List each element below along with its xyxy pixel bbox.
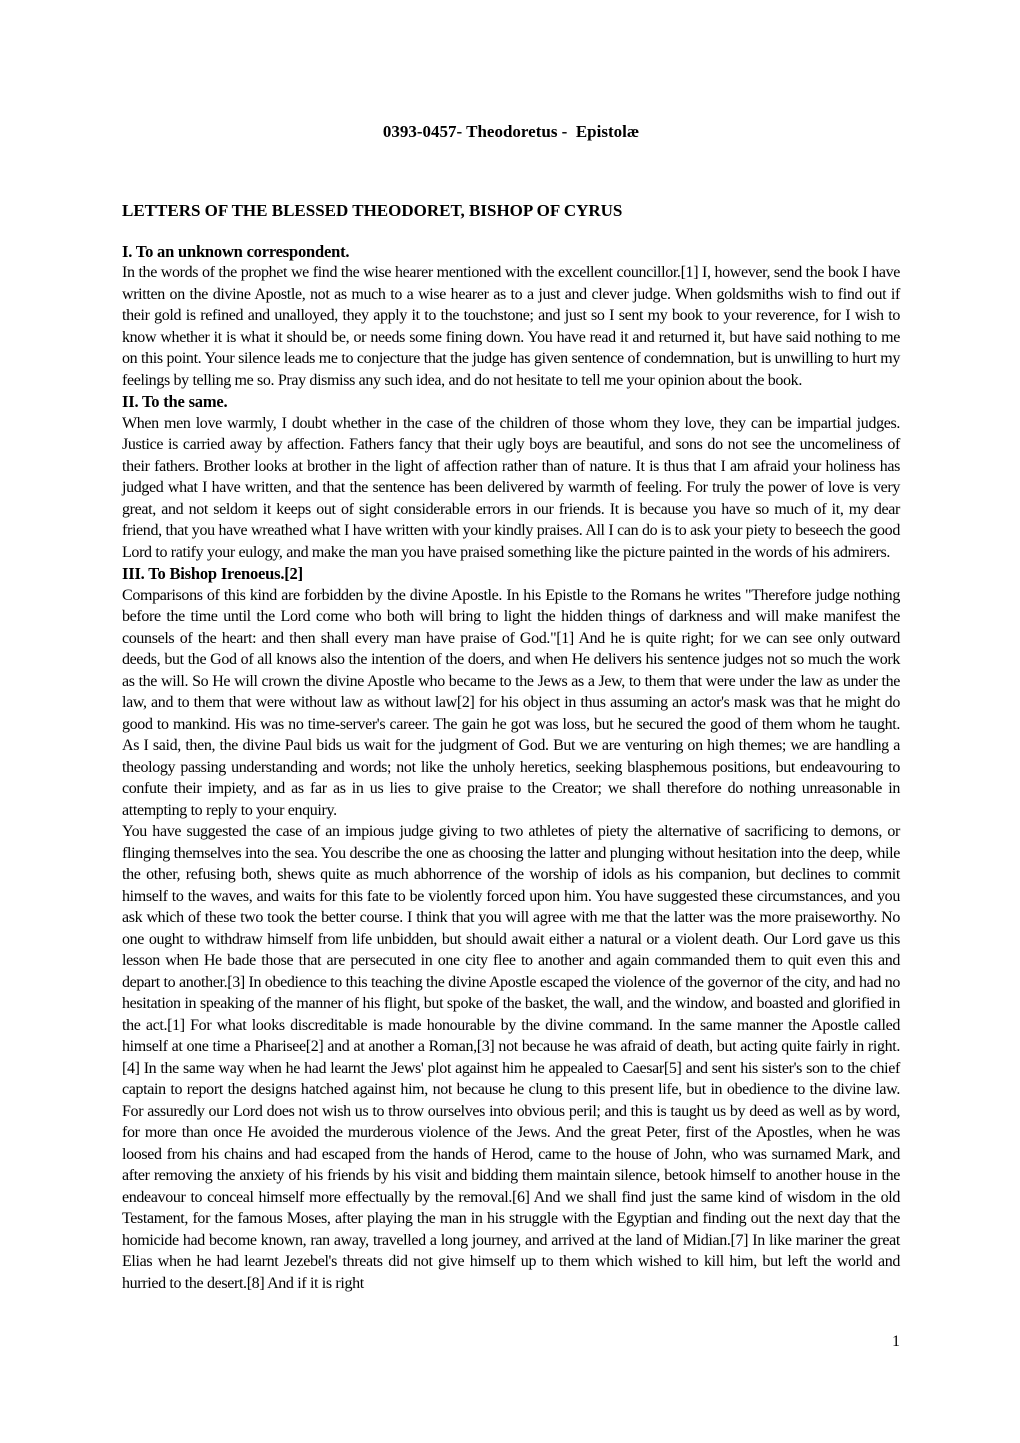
section-heading-2: II. To the same. [122, 391, 900, 413]
section-letter-1: I. To an unknown correspondent. In the w… [122, 241, 900, 392]
document-content: 0393-0457- Theodoretus - Epistolæ LETTER… [122, 0, 900, 1294]
section-heading-3: III. To Bishop Irenoeus.[2] [122, 563, 900, 585]
page-number: 1 [122, 1331, 900, 1352]
section-heading-1: I. To an unknown correspondent. [122, 241, 900, 263]
document-page: 0393-0457- Theodoretus - Epistolæ LETTER… [0, 0, 1020, 1443]
paragraph: Comparisons of this kind are forbidden b… [122, 585, 900, 822]
section-letter-3: III. To Bishop Irenoeus.[2] Comparisons … [122, 563, 900, 1294]
section-letter-2: II. To the same. When men love warmly, I… [122, 391, 900, 563]
paragraph: When men love warmly, I doubt whether in… [122, 413, 900, 564]
main-heading: LETTERS OF THE BLESSED THEODORET, BISHOP… [122, 200, 900, 222]
paragraph: You have suggested the case of an impiou… [122, 821, 900, 1294]
paragraph: In the words of the prophet we find the … [122, 262, 900, 391]
document-title: 0393-0457- Theodoretus - Epistolæ [122, 121, 900, 142]
